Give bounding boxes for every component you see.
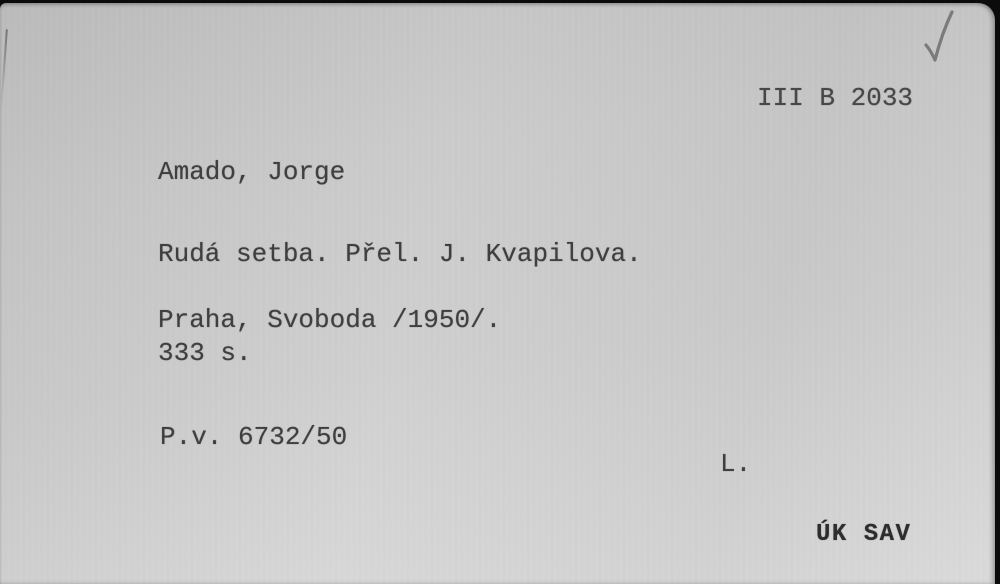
pencil-checkmark-icon bbox=[916, 5, 970, 71]
cataloguer-initial: L. bbox=[720, 450, 751, 480]
author-heading: Amado, Jorge bbox=[158, 158, 345, 188]
collation-line: 333 s. bbox=[158, 339, 252, 369]
title-statement: Rudá setba. Přel. J. Kvapilova. bbox=[158, 240, 642, 270]
catalog-card-paper: III B 2033 Amado, Jorge Rudá setba. Přel… bbox=[0, 3, 995, 584]
imprint-line: Praha, Svoboda /1950/. bbox=[158, 306, 501, 336]
call-number: III B 2033 bbox=[757, 84, 913, 114]
card-corner-crease bbox=[0, 29, 8, 111]
scanned-catalog-card: III B 2033 Amado, Jorge Rudá setba. Přel… bbox=[0, 0, 1000, 584]
accession-number: P.v. 6732/50 bbox=[160, 423, 347, 453]
library-stamp: ÚK SAV bbox=[816, 521, 911, 548]
